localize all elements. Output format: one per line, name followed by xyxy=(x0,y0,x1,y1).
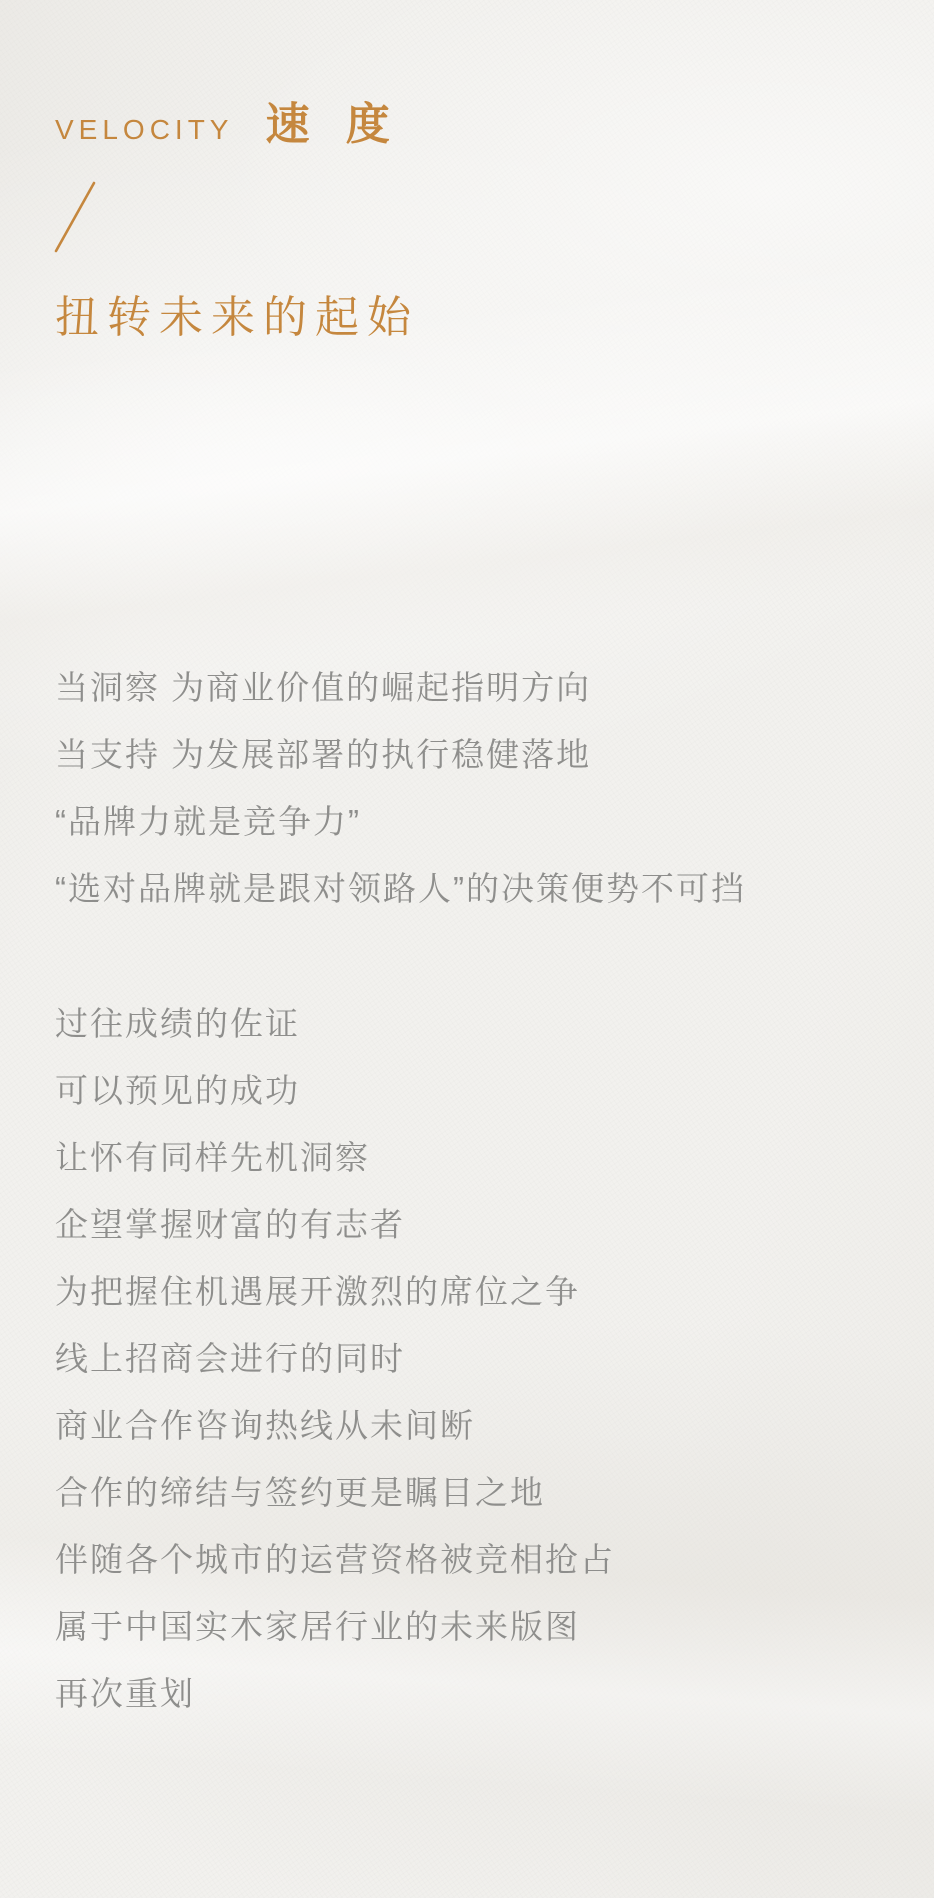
brand-header: VELOCITY 速 度 xyxy=(55,88,402,152)
body-line: 商业合作咨询热线从未间断 xyxy=(55,1392,915,1459)
body-line: “选对品牌就是跟对领路人”的决策便势不可挡 xyxy=(55,855,915,922)
body-line: 线上招商会进行的同时 xyxy=(55,1325,915,1392)
body-line: “品牌力就是竞争力” xyxy=(55,788,915,855)
body-line: 属于中国实木家居行业的未来版图 xyxy=(55,1593,915,1660)
body-line: 合作的缔结与签约更是瞩目之地 xyxy=(55,1459,915,1526)
body-line: 可以预见的成功 xyxy=(55,1057,915,1124)
body-line: 企望掌握财富的有志者 xyxy=(55,1191,915,1258)
body-line: 让怀有同样先机洞察 xyxy=(55,1124,915,1191)
body-line: 再次重划 xyxy=(55,1660,915,1727)
poster-page: VELOCITY 速 度 扭转未来的起始 当洞察 为商业价值的崛起指明方向 当支… xyxy=(0,0,934,1898)
diagonal-slash-icon xyxy=(50,180,98,254)
body-line: 伴随各个城市的运营资格被竞相抢占 xyxy=(55,1526,915,1593)
brand-name-en: VELOCITY xyxy=(55,114,233,146)
paragraph-intro: 当洞察 为商业价值的崛起指明方向 当支持 为发展部署的执行稳健落地 “品牌力就是… xyxy=(55,654,915,922)
brand-name-cn: 速 度 xyxy=(265,88,401,152)
body-line: 为把握住机遇展开激烈的席位之争 xyxy=(55,1258,915,1325)
paragraph-main: 过往成绩的佐证 可以预见的成功 让怀有同样先机洞察 企望掌握财富的有志者 为把握… xyxy=(55,990,915,1727)
body-line: 当支持 为发展部署的执行稳健落地 xyxy=(55,721,915,788)
body-line: 当洞察 为商业价值的崛起指明方向 xyxy=(55,654,915,721)
page-title: 扭转未来的起始 xyxy=(55,292,419,344)
body-line: 过往成绩的佐证 xyxy=(55,990,915,1057)
